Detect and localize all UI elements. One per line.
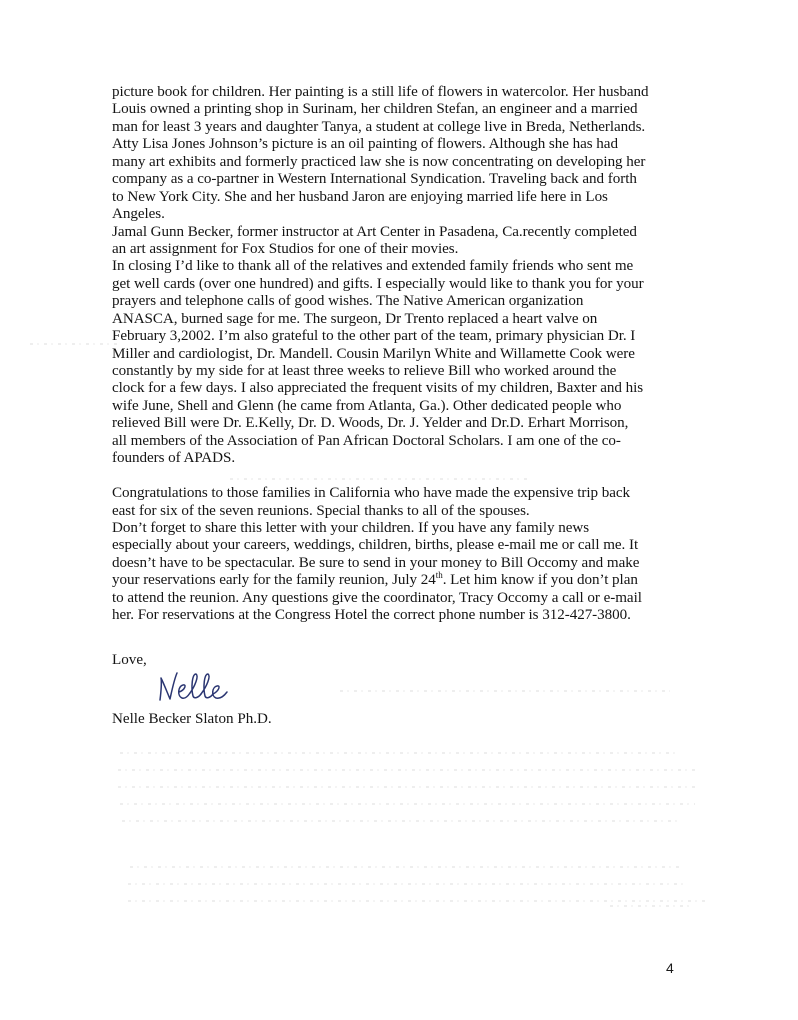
bleed-mark xyxy=(340,690,670,692)
signer-name: Nelle Becker Slaton Ph.D. xyxy=(112,711,272,728)
text-line: man for least 3 years and daughter Tanya… xyxy=(112,119,712,136)
text-line: an art assignment for Fox Studios for on… xyxy=(112,241,712,258)
bleed-mark xyxy=(610,905,690,907)
text-line: Angeles. xyxy=(112,206,712,223)
page-number: 4 xyxy=(666,960,674,976)
letter-body: picture book for children. Her painting … xyxy=(112,84,712,625)
text-line: wife June, Shell and Glenn (he came from… xyxy=(112,398,712,415)
text-line: February 3,2002. I’m also grateful to th… xyxy=(112,328,712,345)
bleed-mark xyxy=(118,786,698,788)
text-line: many art exhibits and formerly practiced… xyxy=(112,154,712,171)
text-line: all members of the Association of Pan Af… xyxy=(112,433,712,450)
text-line: ANASCA, burned sage for me. The surgeon,… xyxy=(112,311,712,328)
paragraph-spacer xyxy=(112,468,712,485)
text-line: prayers and telephone calls of good wish… xyxy=(112,293,712,310)
text-line: east for six of the seven reunions. Spec… xyxy=(112,503,712,520)
bleed-mark xyxy=(130,866,680,868)
text-line: get well cards (over one hundred) and gi… xyxy=(112,276,712,293)
text-line: Don’t forget to share this letter with y… xyxy=(112,520,712,537)
text-line: clock for a few days. I also appreciated… xyxy=(112,380,712,397)
text-line: company as a co-partner in Western Inter… xyxy=(112,171,712,188)
text-line: constantly by my side for at least three… xyxy=(112,363,712,380)
text-line: picture book for children. Her painting … xyxy=(112,84,712,101)
closing-salutation: Love, xyxy=(112,652,147,669)
text-line: Jamal Gunn Becker, former instructor at … xyxy=(112,224,712,241)
paragraph-congratulations: Congratulations to those families in Cal… xyxy=(112,485,712,520)
bleed-mark xyxy=(120,752,680,754)
text-line: to attend the reunion. Any questions giv… xyxy=(112,590,712,607)
text-line: especially about your careers, weddings,… xyxy=(112,537,712,554)
bleed-mark xyxy=(30,343,120,345)
text-line-reunion-date: your reservations early for the family r… xyxy=(112,572,712,589)
bleed-mark xyxy=(128,883,688,885)
bleed-mark xyxy=(128,900,708,902)
text-line: Louis owned a printing shop in Surinam, … xyxy=(112,101,712,118)
bleed-mark xyxy=(120,803,695,805)
handwritten-signature xyxy=(157,670,249,704)
text-line: relieved Bill were Dr. E.Kelly, Dr. D. W… xyxy=(112,415,712,432)
bleed-mark xyxy=(118,769,698,771)
text-line: her. For reservations at the Congress Ho… xyxy=(112,607,712,624)
paragraph-family-news: picture book for children. Her painting … xyxy=(112,84,712,224)
paragraph-thanks: In closing I’d like to thank all of the … xyxy=(112,258,712,467)
paragraph-reminders: Don’t forget to share this letter with y… xyxy=(112,520,712,625)
text-line: to New York City. She and her husband Ja… xyxy=(112,189,712,206)
text-line: doesn’t have to be spectacular. Be sure … xyxy=(112,555,712,572)
bleed-mark xyxy=(122,820,682,822)
text-line: In closing I’d like to thank all of the … xyxy=(112,258,712,275)
text-line: Miller and cardiologist, Dr. Mandell. Co… xyxy=(112,346,712,363)
ordinal-suffix: th xyxy=(436,570,443,580)
paragraph-jamal: Jamal Gunn Becker, former instructor at … xyxy=(112,224,712,259)
reunion-line-suffix: . Let him know if you don’t plan xyxy=(443,572,638,588)
text-line: Atty Lisa Jones Johnson’s picture is an … xyxy=(112,136,712,153)
document-page: picture book for children. Her painting … xyxy=(0,0,798,1020)
text-line: Congratulations to those families in Cal… xyxy=(112,485,712,502)
text-line: founders of APADS. xyxy=(112,450,712,467)
reunion-date-text: your reservations early for the family r… xyxy=(112,572,436,588)
